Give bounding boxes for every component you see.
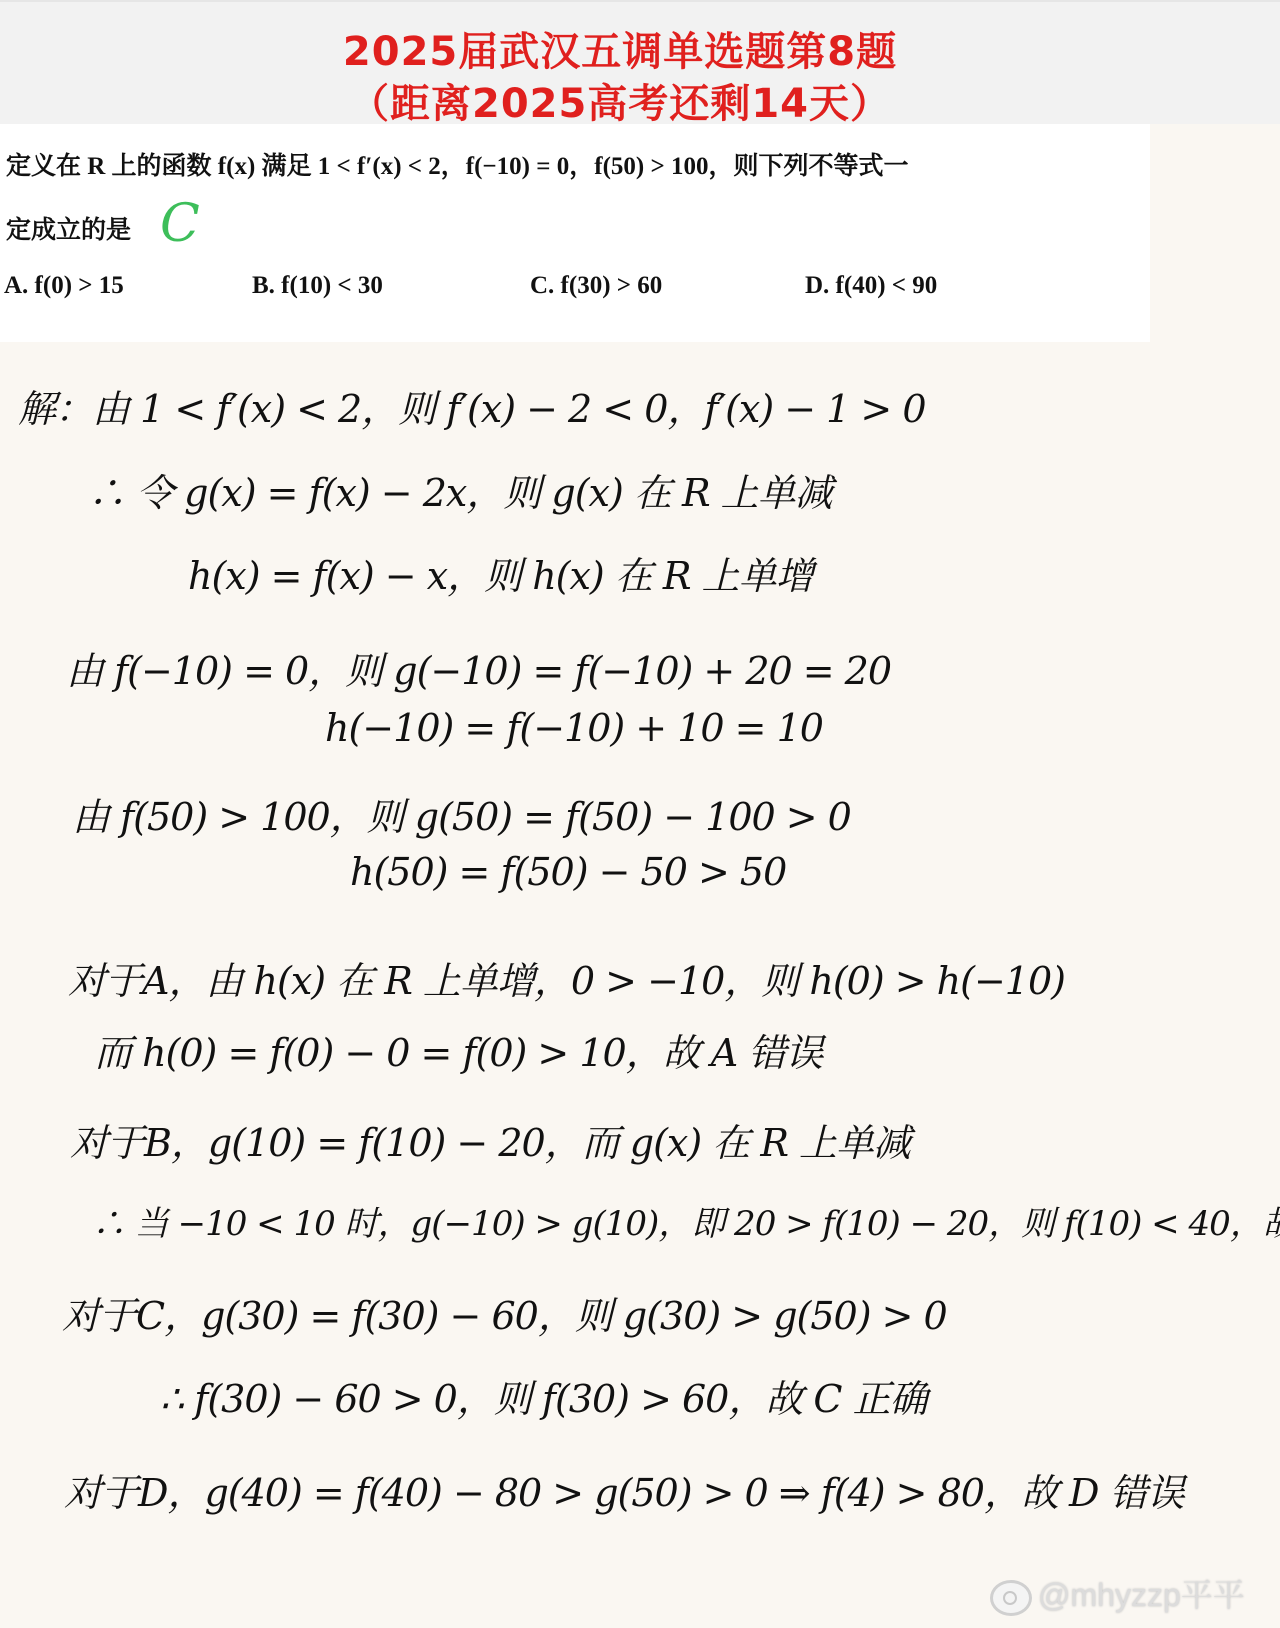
- question-text-line2: 定成立的是: [6, 210, 131, 246]
- solution-line: 而 h(0) = f(0) − 0 = f(0) > 10，故 A 错误: [94, 1022, 822, 1077]
- weibo-icon: [990, 1580, 1032, 1616]
- solution-line: 对于C，g(30) = f(30) − 60，则 g(30) > g(50) >…: [62, 1285, 947, 1340]
- solution-line: h(−10) = f(−10) + 10 = 10: [325, 706, 823, 750]
- watermark-text: @mhyzzp平平: [1038, 1577, 1245, 1613]
- option-d: D. f(40) < 90: [805, 272, 937, 300]
- solution-line: 对于D，g(40) = f(40) − 80 > g(50) > 0 ⇒ f(4…: [64, 1462, 1184, 1517]
- solution-line: ∴ 令 g(x) = f(x) − 2x，则 g(x) 在 R 上单减: [88, 462, 832, 517]
- handwritten-answer: C: [160, 194, 200, 254]
- solution-line: 解：由 1 < f′(x) < 2，则 f′(x) − 2 < 0，f′(x) …: [18, 378, 926, 433]
- watermark: @mhyzzp平平: [990, 1570, 1245, 1616]
- solution-line: 对于A，由 h(x) 在 R 上单增，0 > −10，则 h(0) > h(−1…: [68, 950, 1065, 1005]
- header-banner: 2025届武汉五调单选题第8题 （距离2025高考还剩14天）: [0, 0, 1280, 124]
- question-text-line1: 定义在 R 上的函数 f(x) 满足 1 < f′(x) < 2，f(−10) …: [6, 146, 908, 182]
- page-title: 2025届武汉五调单选题第8题: [0, 20, 1240, 77]
- question-box: 定义在 R 上的函数 f(x) 满足 1 < f′(x) < 2，f(−10) …: [0, 124, 1150, 342]
- option-c: C. f(30) > 60: [530, 272, 662, 300]
- solution-line: ∴ 当 −10 < 10 时，g(−10) > g(10)，即 20 > f(1…: [92, 1196, 1280, 1245]
- option-a: A. f(0) > 15: [4, 272, 124, 300]
- solution-line: 由 f(50) > 100，则 g(50) = f(50) − 100 > 0: [72, 786, 851, 841]
- solution-line: ∴ f(30) − 60 > 0，则 f(30) > 60，故 C 正确: [160, 1368, 927, 1423]
- solution-line: h(x) = f(x) − x，则 h(x) 在 R 上单增: [188, 545, 813, 600]
- solution-line: 由 f(−10) = 0，则 g(−10) = f(−10) + 20 = 20: [66, 640, 891, 695]
- page-subtitle: （距离2025高考还剩14天）: [0, 72, 1240, 129]
- option-b: B. f(10) < 30: [252, 272, 383, 300]
- solution-line: h(50) = f(50) − 50 > 50: [350, 850, 786, 894]
- solution-line: 对于B，g(10) = f(10) − 20，而 g(x) 在 R 上单减: [70, 1112, 910, 1167]
